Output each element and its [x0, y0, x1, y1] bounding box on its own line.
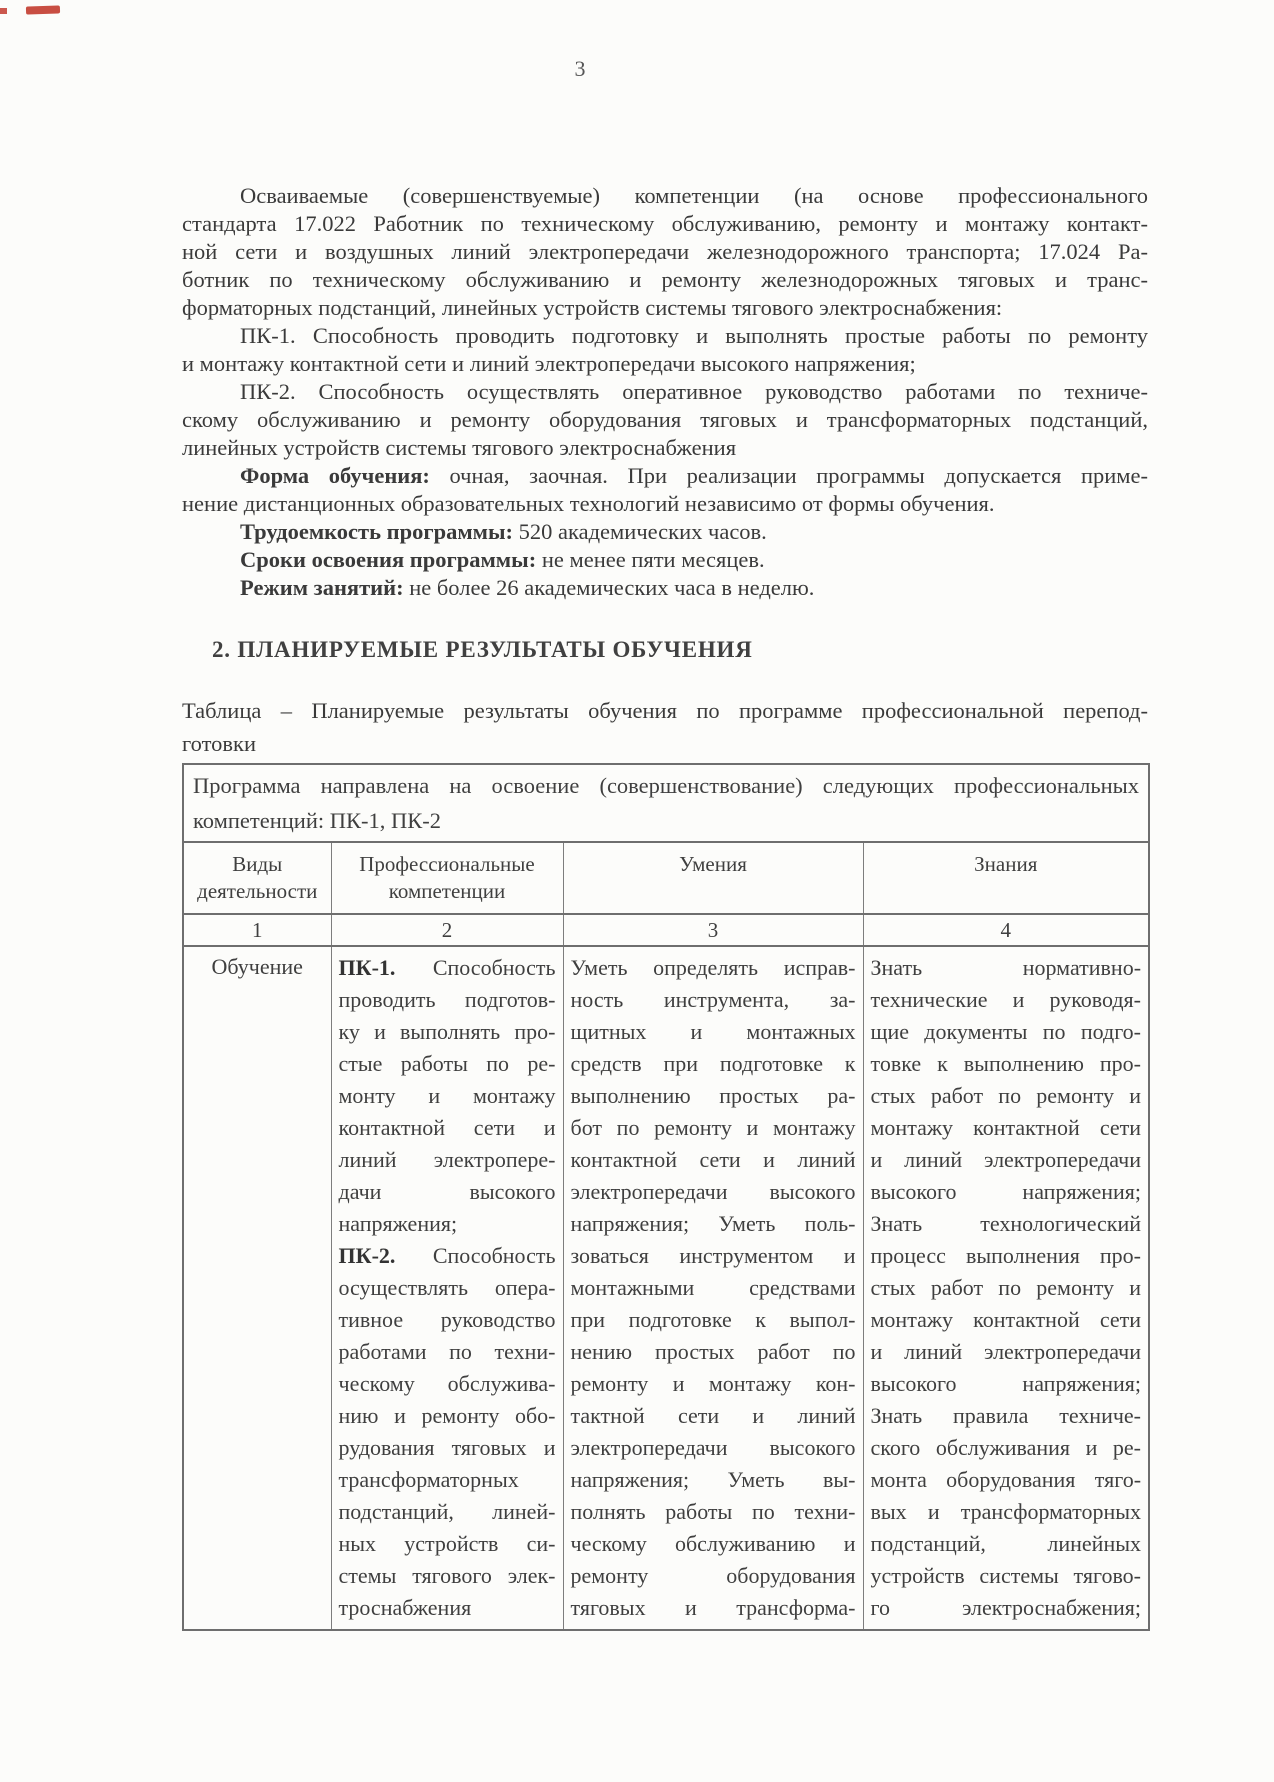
cell-knowledge: Знать нормативно-технические и руководя-… — [863, 946, 1149, 1630]
paragraph-pk1: ПК-1. Способность проводить подготовку и… — [182, 322, 1148, 378]
paragraph-competencies: Осваиваемые (совершенствуемые) компетенц… — [182, 182, 1148, 322]
cell-competencies: ПК-1. Способностьпроводить подготов-ку и… — [331, 946, 563, 1630]
column-header-skills: Умения — [563, 842, 863, 914]
page-content: Осваиваемые (совершенствуемые) компетенц… — [182, 182, 1148, 1631]
table-row: Обучение ПК-1. Способностьпроводить подг… — [183, 946, 1149, 1630]
paragraph-pk2: ПК-2. Способность осуществлять оперативн… — [182, 378, 1148, 462]
section-heading: 2. ПЛАНИРУЕМЫЕ РЕЗУЛЬТАТЫ ОБУЧЕНИЯ — [182, 636, 1148, 664]
red-pen-mark — [26, 5, 60, 14]
cell-activity: Обучение — [183, 946, 331, 1630]
table-caption: Таблица – Планируемые результаты обучени… — [182, 694, 1148, 760]
planned-results-table: Программа направлена на освоение (соверш… — [182, 763, 1150, 1631]
table-header-row: Виды деятельности Профессиональные компе… — [183, 842, 1149, 914]
table-number-row: 1 2 3 4 — [183, 914, 1149, 946]
paragraph-workload: Трудоемкость программы: 520 академически… — [182, 518, 1148, 546]
table-intro-cell: Программа направлена на освоение (соверш… — [183, 764, 1149, 842]
column-number-4: 4 — [863, 914, 1149, 946]
document-page: 3 Осваиваемые (совершенствуемые) компете… — [0, 0, 1274, 1782]
paragraph-study-form: Форма обучения: очная, заочная. При реал… — [182, 462, 1148, 518]
page-number: 3 — [0, 56, 1160, 82]
column-number-2: 2 — [331, 914, 563, 946]
paragraph-duration: Сроки освоения программы: не менее пяти … — [182, 546, 1148, 574]
paragraph-schedule: Режим занятий: не более 26 академических… — [182, 574, 1148, 602]
column-header-competencies: Профессиональные компетенции — [331, 842, 563, 914]
column-header-activity: Виды деятельности — [183, 842, 331, 914]
column-header-knowledge: Знания — [863, 842, 1149, 914]
cell-skills: Уметь определять исправ-ность инструмент… — [563, 946, 863, 1630]
column-number-3: 3 — [563, 914, 863, 946]
red-pen-mark-small — [0, 8, 7, 14]
column-number-1: 1 — [183, 914, 331, 946]
table-intro-row: Программа направлена на освоение (соверш… — [183, 764, 1149, 842]
